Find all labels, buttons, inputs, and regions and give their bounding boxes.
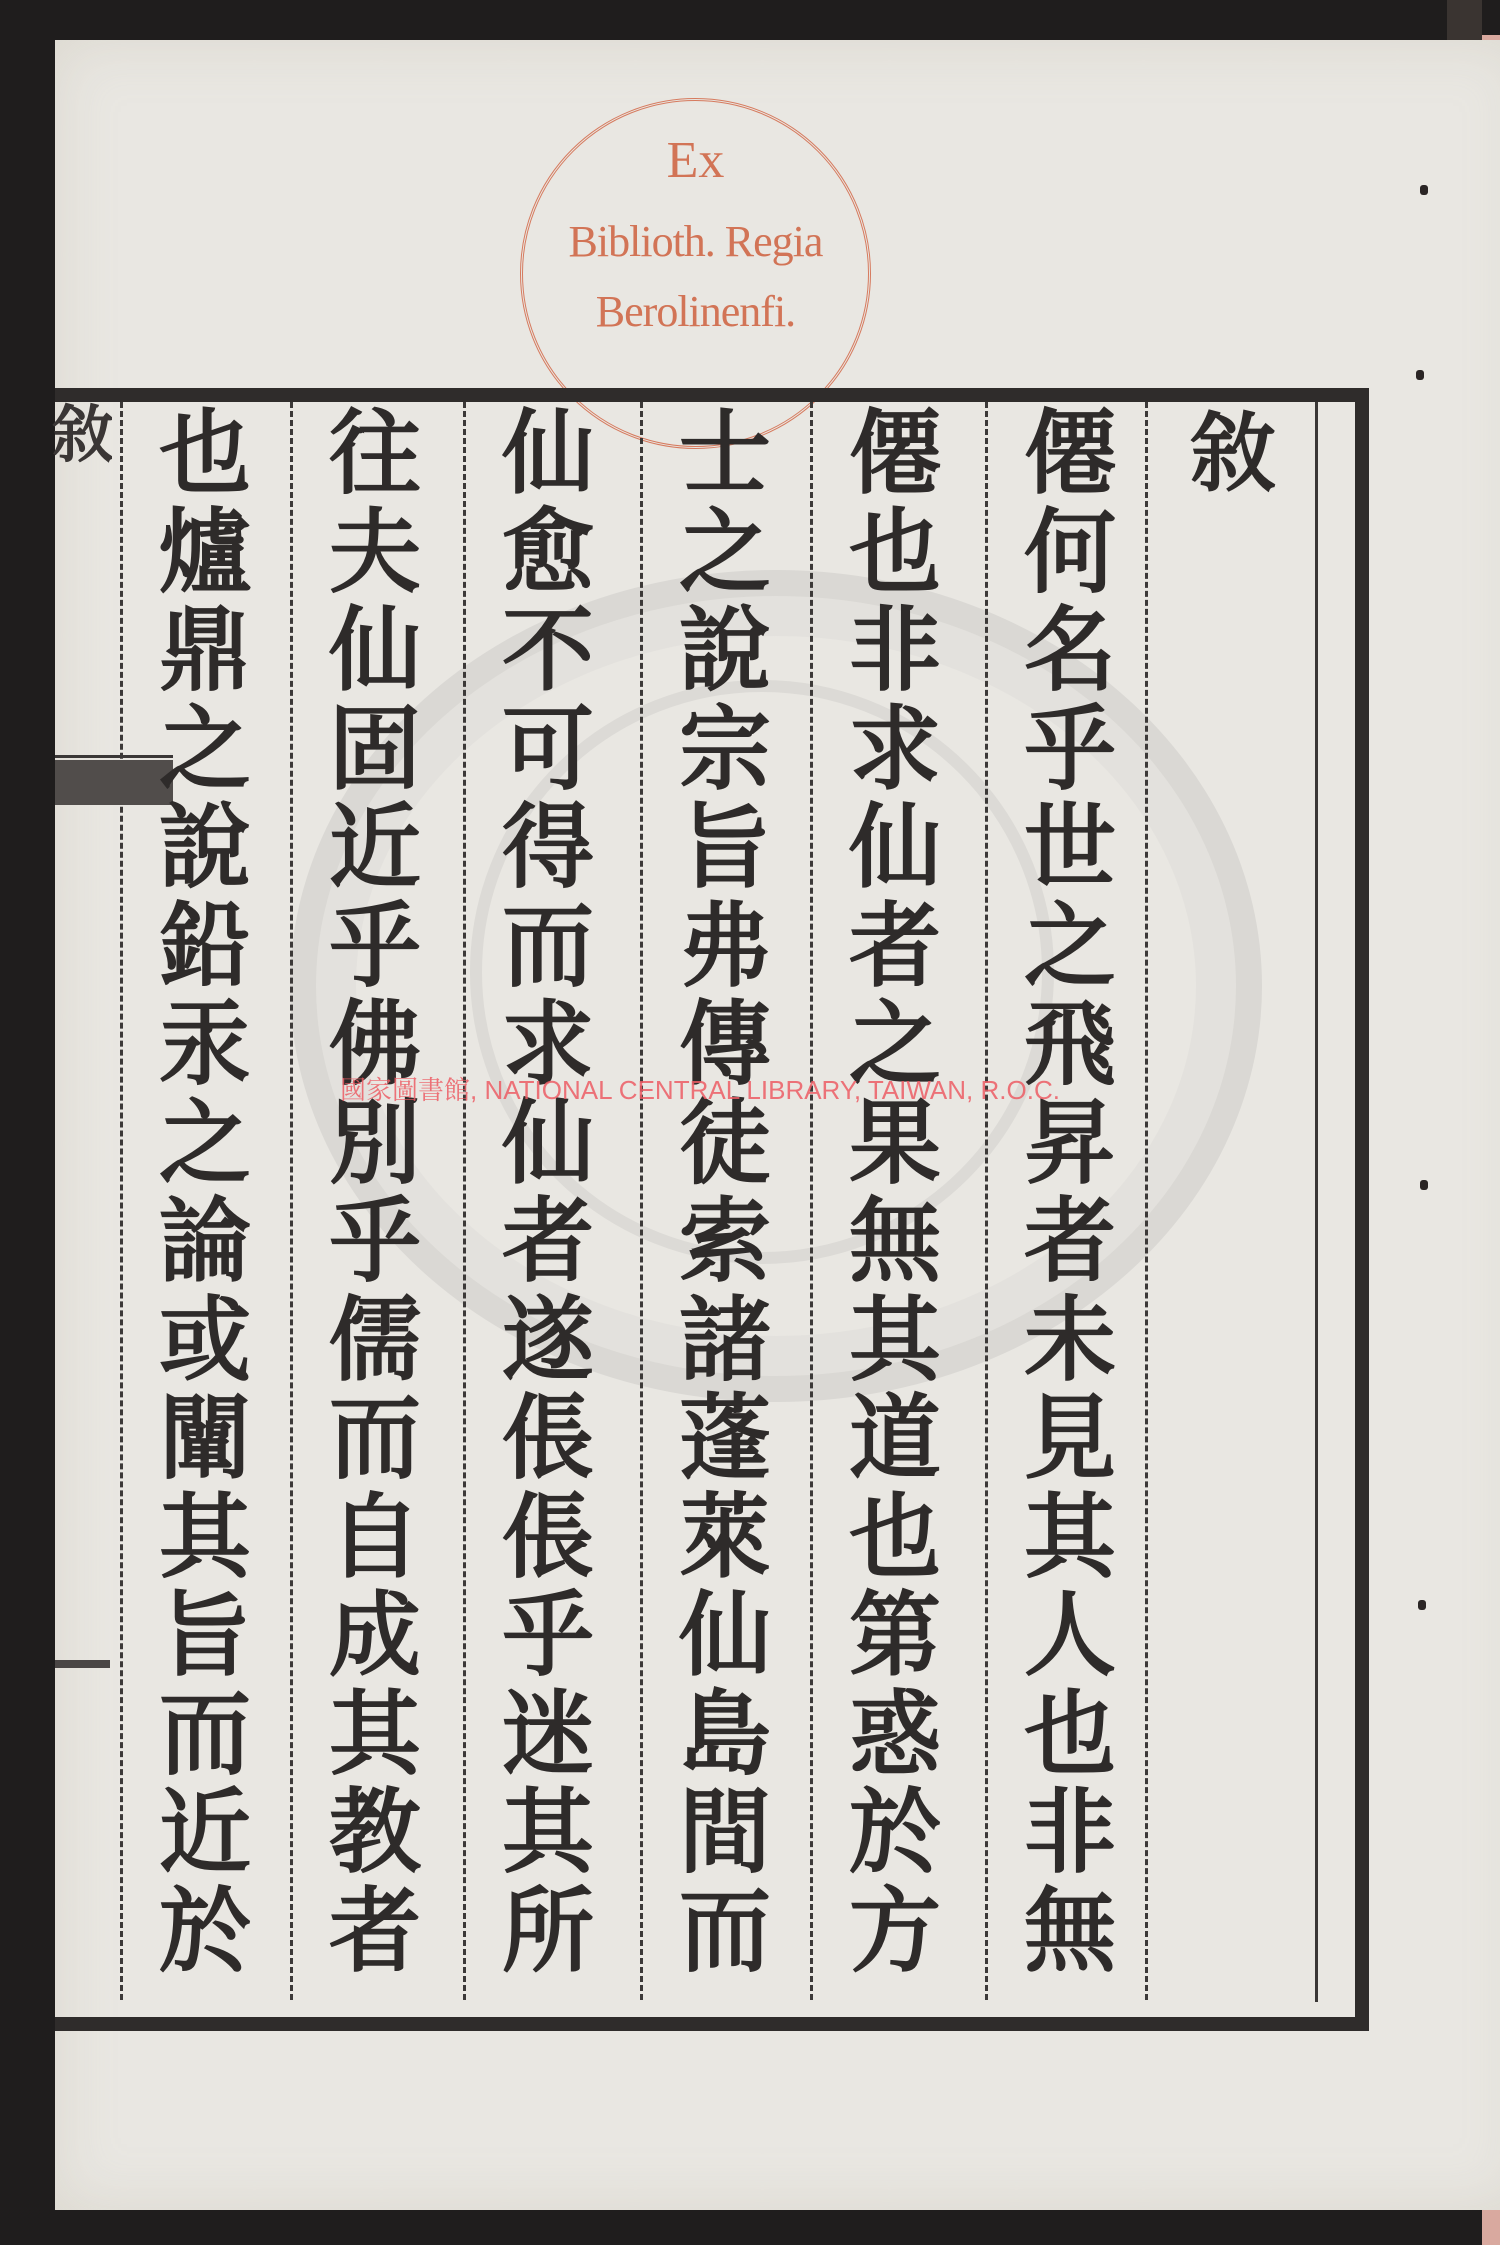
glyph: 可 [502,701,594,800]
glyph: 迷 [502,1686,594,1785]
glyph: 近 [329,799,421,898]
glyph: 旨 [679,799,771,898]
glyph: 之 [1024,898,1116,997]
glyph: 無 [1024,1883,1116,1982]
glyph: 徒 [679,1095,771,1194]
glyph: 於 [159,1883,251,1982]
glyph: 何 [1024,504,1116,603]
glyph: 得 [502,799,594,898]
glyph: 仙 [849,799,941,898]
text-column: 僊也非求仙者之果無其道也第惑於方 [815,405,975,1995]
glyph: 求 [849,701,941,800]
glyph: 也 [1024,1686,1116,1785]
glyph: 昇 [1024,1095,1116,1194]
glyph: 仙 [679,1587,771,1686]
glyph: 其 [159,1489,251,1588]
glyph: 而 [679,1883,771,1982]
glyph: 之 [159,701,251,800]
glyph: 間 [679,1784,771,1883]
stamp-line-3: Berolinenfi. [523,286,868,337]
glyph: 人 [1024,1587,1116,1686]
glyph: 固 [329,701,421,800]
glyph: 道 [849,1390,941,1489]
glyph: 未 [1024,1292,1116,1391]
frame-inner-line [1315,402,1318,2002]
glyph: 乎 [1024,701,1116,800]
glyph: 倀 [502,1489,594,1588]
glyph: 方 [849,1883,941,1982]
column-divider [463,402,466,2000]
binding-hole [1420,1180,1428,1190]
glyph: 倀 [502,1390,594,1489]
glyph: 乎 [329,898,421,997]
glyph: 不 [502,602,594,701]
text-column-title: 敘 [1153,405,1313,1995]
glyph: 闡 [159,1390,251,1489]
glyph: 仙 [329,602,421,701]
glyph: 弗 [679,898,771,997]
binding-hole [1420,185,1428,195]
glyph: 非 [1024,1784,1116,1883]
glyph: 名 [1024,602,1116,701]
glyph: 乎 [329,1193,421,1292]
glyph: 仙 [502,405,594,504]
glyph: 者 [502,1193,594,1292]
text-column: 士之說宗旨弗傳徒索諸蓬萊仙島間而 [645,405,805,1995]
glyph: 鉛 [159,898,251,997]
glyph: 者 [849,898,941,997]
glyph: 而 [502,898,594,997]
glyph: 說 [679,602,771,701]
glyph: 第 [849,1587,941,1686]
glyph: 之 [679,504,771,603]
glyph: 世 [1024,799,1116,898]
glyph: 其 [329,1686,421,1785]
glyph: 無 [849,1193,941,1292]
glyph: 成 [329,1587,421,1686]
glyph: 也 [159,405,251,504]
glyph: 儒 [329,1292,421,1391]
glyph: 所 [502,1883,594,1982]
glyph: 而 [159,1686,251,1785]
glyph: 蓬 [679,1390,771,1489]
glyph: 之 [159,1095,251,1194]
glyph: 也 [849,504,941,603]
glyph: 而 [329,1390,421,1489]
glyph: 非 [849,602,941,701]
glyph: 其 [502,1784,594,1883]
binding-hole [1418,1600,1426,1610]
glyph: 論 [159,1193,251,1292]
glyph: 或 [159,1292,251,1391]
fold-title-char: 敘 [52,385,112,474]
glyph: 於 [849,1784,941,1883]
glyph: 敘 [1190,405,1276,504]
glyph: 萊 [679,1489,771,1588]
column-divider [810,402,813,2000]
binding-corner [1447,0,1482,40]
glyph: 僊 [1024,405,1116,504]
glyph: 惑 [849,1686,941,1785]
text-column: 往夫仙固近乎佛別乎儒而自成其教者 [295,405,455,1995]
glyph: 宗 [679,701,771,800]
glyph: 往 [329,405,421,504]
column-divider [640,402,643,2000]
column-divider [985,402,988,2000]
fold-page-number [55,1660,110,1668]
glyph: 島 [679,1686,771,1785]
stamp-line-1: Ex [523,131,868,190]
glyph: 教 [329,1784,421,1883]
glyph: 汞 [159,996,251,1095]
glyph: 者 [329,1883,421,1982]
text-column: 也爐鼎之說鉛汞之論或闡其旨而近於 [125,405,285,1995]
glyph: 果 [849,1095,941,1194]
column-divider [120,402,123,2000]
glyph: 見 [1024,1390,1116,1489]
column-divider [290,402,293,2000]
stamp-line-2: Biblioth. Regia [518,216,873,267]
glyph: 士 [679,405,771,504]
glyph: 其 [1024,1489,1116,1588]
glyph: 諸 [679,1292,771,1391]
glyph: 仙 [502,1095,594,1194]
text-column: 仙愈不可得而求仙者遂倀倀乎迷其所 [468,405,628,1995]
library-watermark: 國家圖書館, NATIONAL CENTRAL LIBRARY, TAIWAN,… [340,1070,1060,1107]
glyph: 自 [329,1489,421,1588]
glyph: 旨 [159,1587,251,1686]
glyph: 近 [159,1784,251,1883]
glyph: 鼎 [159,602,251,701]
glyph: 夫 [329,504,421,603]
glyph: 愈 [502,504,594,603]
glyph: 索 [679,1193,771,1292]
glyph: 乎 [502,1587,594,1686]
glyph: 說 [159,799,251,898]
glyph: 也 [849,1489,941,1588]
glyph: 者 [1024,1193,1116,1292]
glyph: 僊 [849,405,941,504]
glyph: 別 [329,1095,421,1194]
text-column: 僊何名乎世之飛昇者未見其人也非無 [990,405,1150,1995]
glyph: 遂 [502,1292,594,1391]
glyph: 爐 [159,504,251,603]
glyph: 其 [849,1292,941,1391]
binding-hole [1416,370,1424,380]
